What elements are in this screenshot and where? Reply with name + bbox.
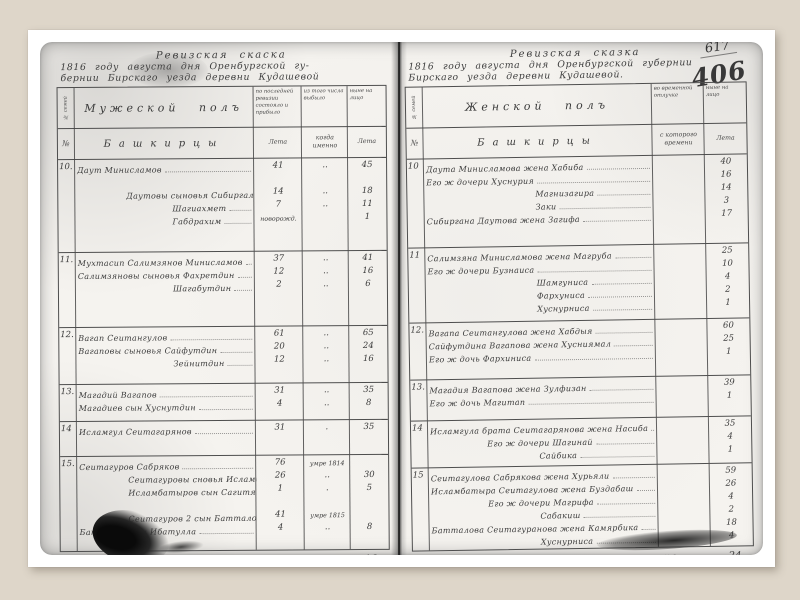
- age-value: [654, 259, 706, 273]
- person-name-text: Шагабутдин: [173, 284, 231, 293]
- footer-total-value: 24: [718, 550, 752, 555]
- age-value: 6: [349, 279, 387, 292]
- row-number: 11: [408, 250, 425, 315]
- age-value: [655, 298, 707, 312]
- person-name: Даут Минисламов: [74, 161, 254, 175]
- age-value: [350, 457, 388, 470]
- age-value: 35: [350, 422, 388, 435]
- dotted-leader: [229, 210, 251, 211]
- row-number: 12.: [409, 325, 426, 364]
- dotted-leader: [559, 207, 650, 209]
- row-number: 10: [407, 161, 424, 226]
- row-number: 14: [60, 424, 76, 437]
- age-value: 41: [254, 160, 302, 173]
- person-name-text: Шагиахмет: [172, 204, 226, 213]
- table-subheader-row: № Башкирцы Лета когда именно Лета: [58, 127, 386, 160]
- age-value: 26: [710, 478, 752, 492]
- age-value: ..: [302, 199, 348, 212]
- age-value: 7: [254, 199, 302, 212]
- column-subheader: Лета: [348, 136, 386, 148]
- dotted-leader: [637, 490, 655, 491]
- age-value: [658, 466, 710, 480]
- person-name: Сибиргана Даутова жена Загифа: [424, 210, 654, 227]
- page-left: Ревизская скаска 1816 году августа дня О…: [56, 47, 389, 549]
- age-value: [656, 391, 708, 405]
- dotted-leader: [199, 533, 253, 534]
- age-value: 45: [348, 160, 386, 173]
- sex-column-header: Мужеской полъ: [74, 100, 254, 114]
- group-label: Башкирцы: [74, 137, 254, 149]
- age-value: [658, 492, 710, 506]
- number-symbol: №: [62, 140, 70, 148]
- table-row: 14Исламгул Сеитагарянов31.35: [60, 420, 388, 457]
- age-value: ..: [303, 328, 349, 341]
- age-value: 1: [256, 483, 304, 496]
- dotted-leader: [596, 443, 654, 445]
- age-value: [656, 347, 708, 361]
- age-value: 60: [707, 320, 749, 334]
- dotted-leader: [224, 223, 251, 224]
- row-number: 11.: [59, 255, 75, 294]
- age-value: 5: [350, 483, 388, 496]
- row-number: 13.: [410, 382, 426, 408]
- age-value: 65: [349, 328, 387, 341]
- table-row: 10.Даут Минисламов41..45Даутовы сыновья …: [58, 158, 387, 253]
- age-value: 18: [348, 186, 386, 199]
- person-name: Вагаповы сыновья Сайфутдин: [75, 342, 255, 356]
- person-name: Сайбика: [427, 446, 657, 463]
- age-value: 24: [349, 341, 387, 354]
- table-row: 12.Вагап Сеитангулов61..65Вагаповы сынов…: [59, 326, 387, 385]
- age-value: 2: [710, 504, 752, 518]
- dotted-leader: [583, 220, 651, 222]
- family-number-side-label: № семей: [63, 96, 68, 120]
- age-value: [653, 170, 705, 184]
- person-name: Его ж дочь Фархиниса: [426, 348, 656, 365]
- person-name: Шагиахмет: [74, 200, 254, 214]
- age-value: 31: [256, 385, 304, 398]
- person-name-text: Заки: [535, 202, 556, 211]
- age-value: .: [304, 422, 350, 435]
- age-value: 1: [709, 444, 751, 458]
- dotted-leader: [596, 332, 653, 334]
- photo-frame: Ревизская скаска 1816 году августа дня О…: [28, 30, 775, 567]
- person-name: Исламгул Сеитагарянов: [76, 423, 256, 437]
- age-value: 4: [256, 398, 304, 411]
- age-value: [304, 496, 350, 509]
- column-header: ныне на лицо: [348, 86, 386, 104]
- person-name: Вагап Сеитангулов: [75, 329, 255, 343]
- age-value: 10: [706, 258, 748, 272]
- column-header: по последней ревизии состояло и прибыло: [254, 86, 302, 118]
- dotted-leader: [246, 264, 252, 265]
- age-value: [658, 505, 710, 519]
- age-value: 1: [708, 346, 750, 360]
- age-value: [302, 212, 348, 225]
- age-value: [350, 496, 388, 509]
- document-scan: Ревизская скаска 1816 году августа дня О…: [40, 42, 763, 555]
- person-name-text: Исламгул Сеитагарянов: [79, 427, 192, 437]
- row-number: 15.: [60, 459, 77, 537]
- age-value: ..: [302, 160, 348, 173]
- age-value: [657, 445, 709, 459]
- person-name: Сеитагуровы сновья Исламбатыр: [76, 471, 256, 485]
- age-value: 20: [255, 341, 303, 354]
- dotted-leader: [641, 529, 655, 530]
- column-subheader: когда именно: [302, 132, 348, 152]
- row-number: 10.: [58, 162, 74, 227]
- dotted-leader: [528, 402, 653, 405]
- slide-background: { "document": { "marks": { "corner_note"…: [0, 0, 800, 600]
- dotted-leader: [593, 309, 652, 311]
- person-name-text: Его ж дочь Магитап: [430, 398, 526, 409]
- age-value: [655, 285, 707, 299]
- age-value: 14: [705, 182, 747, 196]
- number-symbol: №: [411, 140, 419, 148]
- age-value: 61: [255, 328, 303, 341]
- dotted-leader: [590, 389, 654, 391]
- page-header: Ревизская скаска 1816 году августа дня О…: [56, 47, 386, 87]
- dotted-leader: [195, 433, 253, 434]
- age-value: ..: [304, 470, 350, 483]
- person-name-text: Магадиев сын Хуснутдин: [79, 403, 196, 413]
- dotted-leader: [584, 516, 656, 518]
- table-header-row: № семей Женской полъ во временной отлучк…: [406, 82, 747, 128]
- dotted-leader: [615, 257, 651, 259]
- person-name: Магадиев сын Хуснутдин: [76, 399, 256, 413]
- person-name-text: Его ж дочь Фархиниса: [429, 354, 532, 365]
- row-number: 13.: [60, 387, 76, 413]
- age-value: [653, 183, 705, 197]
- age-value: [656, 334, 708, 348]
- age-value: [348, 173, 386, 186]
- age-value: 31: [256, 422, 304, 435]
- table-row: 13.Магадий Вагапов31..35Магадиев сын Хус…: [60, 383, 388, 422]
- person-name-text: Сайбика: [539, 451, 577, 461]
- row-number: 12.: [59, 330, 75, 369]
- age-value: [655, 321, 707, 335]
- person-name: [74, 174, 254, 185]
- age-value: 16: [349, 354, 387, 367]
- row-number: 14: [411, 423, 428, 462]
- age-value: ..: [303, 266, 349, 279]
- person-name: [76, 497, 256, 508]
- age-value: ..: [303, 354, 349, 367]
- dotted-leader: [580, 456, 654, 458]
- age-value: ..: [303, 341, 349, 354]
- person-name-text: Сибиргана Даутова жена Загифа: [427, 215, 580, 226]
- age-value: 26: [256, 470, 304, 483]
- age-value: [655, 272, 707, 286]
- age-value: 1: [348, 212, 386, 225]
- dotted-leader: [183, 468, 254, 469]
- dotted-leader: [614, 345, 653, 347]
- age-value: 3: [705, 195, 747, 209]
- person-name-text: Хуснурниса: [541, 537, 594, 547]
- column-header: во временной отлучке: [652, 83, 704, 102]
- age-value: 12: [255, 354, 303, 367]
- group-label: Башкирцы: [422, 134, 652, 149]
- age-value: [256, 496, 304, 509]
- age-value: умре 1815: [304, 509, 350, 522]
- person-name: Исламбатыров сын Сагитянгир: [76, 484, 256, 498]
- age-value: .: [304, 483, 350, 496]
- age-value: новорожд.: [254, 212, 302, 225]
- age-value: 4: [710, 491, 752, 505]
- person-name: Магадий Вагапов: [76, 386, 256, 400]
- family-number-side-label: № семей: [411, 96, 416, 120]
- dotted-leader: [199, 409, 253, 410]
- age-value: 30: [350, 470, 388, 483]
- age-value: 2: [255, 279, 303, 292]
- dotted-leader: [160, 396, 253, 398]
- dotted-leader: [588, 296, 652, 298]
- age-value: [350, 509, 388, 522]
- age-value: 39: [708, 377, 750, 391]
- table-row: 11Салимзяна Минисламова жена Магруба25Ег…: [408, 243, 749, 323]
- table-body: 10.Даут Минисламов41..45Даутовы сыновья …: [58, 158, 389, 551]
- age-value: 14: [254, 186, 302, 199]
- person-name: Даутовы сыновья Сибиргал: [74, 187, 254, 201]
- person-name: Мухтасип Салимзянов Минисламов: [75, 254, 255, 268]
- table-row: 14Исламгула брата Сеитагарянова жена Нас…: [411, 416, 752, 468]
- age-value: [654, 209, 706, 223]
- age-value: 41: [256, 509, 304, 522]
- column-subheader: Лета: [254, 136, 302, 148]
- column-subheader: Лета: [704, 132, 746, 145]
- age-value: 4: [257, 522, 305, 535]
- table-row: 12.Вагапа Сеитангулова жена Хабдыя60Сайф…: [409, 318, 750, 380]
- age-value: [657, 432, 709, 446]
- age-value: [254, 173, 302, 186]
- row-number: 15: [412, 470, 429, 548]
- age-value: 16: [705, 169, 747, 183]
- dotted-leader: [591, 283, 651, 285]
- dotted-leader: [165, 171, 251, 173]
- age-value: 37: [255, 253, 303, 266]
- age-value: 18: [710, 517, 752, 531]
- person-name-text: Габдрахим: [172, 217, 221, 226]
- dotted-leader: [597, 194, 650, 196]
- revision-table-female: № семей Женской полъ во временной отлучк…: [405, 81, 754, 551]
- age-value: ..: [303, 253, 349, 266]
- age-value: ..: [304, 385, 350, 398]
- person-name: Его ж дочь Магитап: [426, 392, 656, 409]
- age-value: 4: [707, 271, 749, 285]
- age-value: [654, 246, 706, 260]
- age-value: 59: [710, 465, 752, 479]
- column-header: ныне на лицо: [704, 82, 746, 100]
- dotted-leader: [220, 352, 252, 353]
- age-value: 8: [351, 522, 389, 535]
- column-header: из того числа выбыло: [302, 86, 348, 104]
- age-value: 1: [708, 390, 750, 404]
- person-name: Шагабутдин: [75, 280, 255, 294]
- dotted-leader: [651, 430, 654, 431]
- revision-table-male: № семей Мужеской полъ по последней ревиз…: [57, 85, 390, 552]
- page-title-line: бернии Бирскаго уезда деревни Кудашевой: [60, 71, 382, 84]
- dotted-leader: [238, 277, 252, 278]
- age-value: [653, 196, 705, 210]
- table-row: 10Даута Минисламова жена Хабиба40Его ж д…: [407, 154, 748, 248]
- age-value: ..: [305, 522, 351, 535]
- table-row: 13.Магадия Вагапова жена Зулфизан39Его ж…: [410, 375, 751, 421]
- age-value: 40: [705, 156, 747, 170]
- person-name-text: Хуснурниса: [537, 304, 590, 314]
- person-name-text: Зейнитдин: [173, 359, 224, 368]
- person-name: Габдрахим: [74, 213, 254, 227]
- age-value: 11: [348, 199, 386, 212]
- table-row: 11.Мухтасип Салимзянов Минисламов37..41С…: [59, 251, 388, 328]
- age-value: 41: [349, 253, 387, 266]
- age-value: умре 1814: [304, 457, 350, 470]
- age-value: 35: [709, 418, 751, 432]
- age-value: [653, 157, 705, 171]
- age-value: 8: [350, 398, 388, 411]
- sex-column-header: Женской полъ: [422, 97, 652, 114]
- page-right: 617 406 Ревизская сказка 1816 году авгус…: [404, 43, 754, 554]
- dotted-leader: [534, 358, 652, 361]
- table-body: 10Даута Минисламова жена Хабиба40Его ж д…: [407, 154, 753, 550]
- book-gutter-line: [398, 42, 400, 555]
- footer-total-label: итого женска пола начисто: [501, 552, 678, 555]
- dotted-leader: [587, 168, 650, 170]
- column-subheader: с которого времени: [652, 129, 704, 150]
- age-value: [658, 479, 710, 493]
- age-value: ..: [304, 398, 350, 411]
- person-name: Сеитагуров Сабряков: [76, 458, 256, 472]
- age-value: 2: [707, 284, 749, 298]
- age-value: 12: [255, 266, 303, 279]
- dotted-leader: [170, 339, 252, 341]
- age-value: 1: [707, 297, 749, 311]
- person-name: Зейнитдин: [75, 355, 255, 369]
- age-value: [656, 378, 708, 392]
- age-value: ..: [302, 186, 348, 199]
- dotted-leader: [612, 477, 654, 479]
- age-value: 17: [706, 208, 748, 222]
- dotted-leader: [597, 503, 655, 505]
- dotted-leader: [228, 365, 253, 366]
- age-value: ..: [303, 279, 349, 292]
- age-value: [657, 419, 709, 433]
- person-name: Хуснурниса: [425, 299, 655, 316]
- age-value: 4: [709, 431, 751, 445]
- person-name: Салимзяновы сыновья Фахретдин: [75, 267, 255, 281]
- age-value: 76: [256, 457, 304, 470]
- age-value: 35: [350, 385, 388, 398]
- age-value: 16: [349, 266, 387, 279]
- age-value: 25: [708, 333, 750, 347]
- age-value: [302, 173, 348, 186]
- footer-total-value: 16: [354, 554, 388, 555]
- age-value: 25: [706, 245, 748, 259]
- dotted-leader: [234, 290, 252, 291]
- table-header-row: № семей Мужеской полъ по последней ревиз…: [58, 86, 386, 129]
